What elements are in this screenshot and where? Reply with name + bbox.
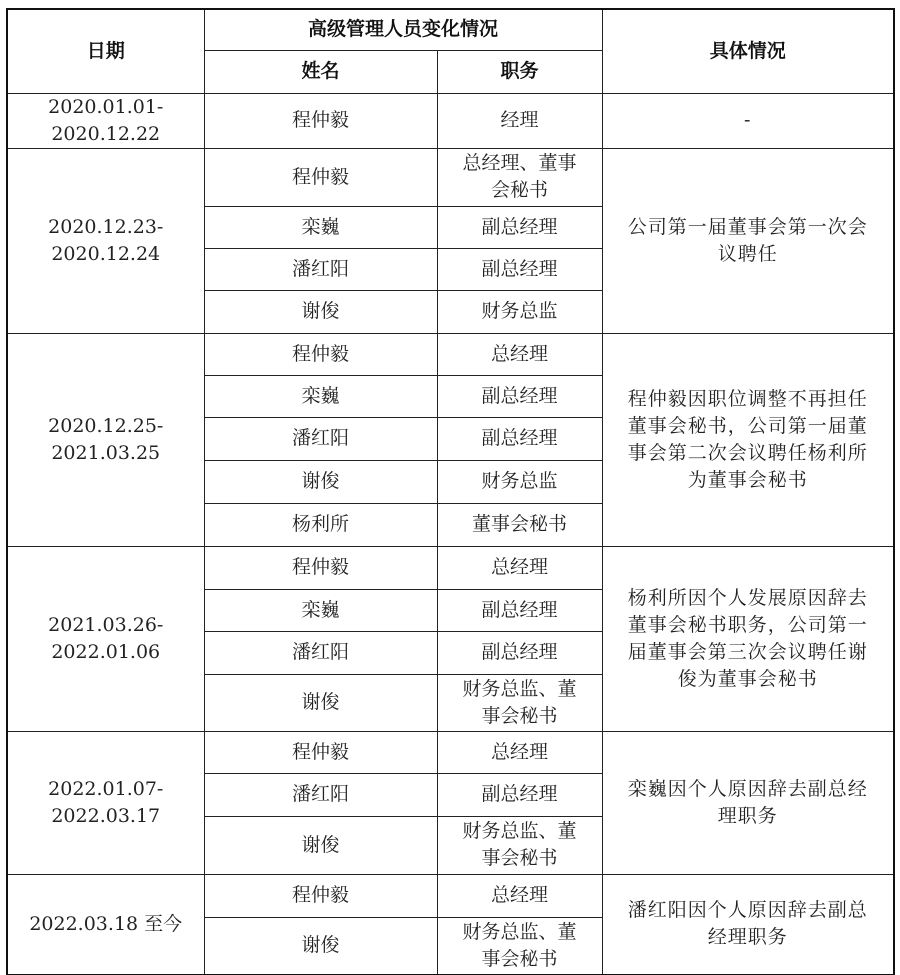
person-name: 栾巍 [204,375,437,417]
period-date: 2020.12.25- 2021.03.25 [7,333,204,546]
period-detail: 杨利所因个人发展原因辞去董事会秘书职务，公司第一届董事会第三次会议聘任谢俊为董事… [602,546,894,731]
person-name: 潘红阳 [204,417,437,460]
person-position: 财务总监、董事会秘书 [437,674,602,731]
person-name: 谢俊 [204,674,437,731]
person-name: 谢俊 [204,917,437,975]
person-name: 杨利所 [204,503,437,546]
person-position: 财务总监 [437,290,602,333]
person-name: 程仲毅 [204,333,437,375]
person-name: 程仲毅 [204,93,437,148]
person-name: 程仲毅 [204,546,437,589]
person-position: 总经理 [437,874,602,917]
period-date: 2020.12.23- 2020.12.24 [7,148,204,333]
person-position: 总经理 [437,546,602,589]
period-detail: - [602,93,894,148]
person-name: 程仲毅 [204,731,437,773]
person-position: 董事会秘书 [437,503,602,546]
person-position: 财务总监 [437,460,602,503]
person-position: 总经理 [437,731,602,773]
period-date: 2022.03.18 至今 [7,874,204,975]
person-position: 副总经理 [437,589,602,631]
period-detail: 公司第一届董事会第一次会议聘任 [602,148,894,333]
person-position: 副总经理 [437,248,602,290]
person-position: 总经理 [437,333,602,375]
person-position: 经理 [437,93,602,148]
header-detail: 具体情况 [602,9,894,93]
table-row: 2020.12.23- 2020.12.24程仲毅总经理、董事会秘书公司第一届董… [7,148,894,206]
person-name: 栾巍 [204,206,437,248]
person-name: 栾巍 [204,589,437,631]
person-position: 财务总监、董事会秘书 [437,917,602,975]
person-position: 副总经理 [437,417,602,460]
table-row: 2020.12.25- 2021.03.25程仲毅总经理程仲毅因职位调整不再担任… [7,333,894,375]
person-name: 谢俊 [204,290,437,333]
table-row: 2022.01.07- 2022.03.17程仲毅总经理栾巍因个人原因辞去副总经… [7,731,894,773]
header-date: 日期 [7,9,204,93]
person-name: 谢俊 [204,816,437,874]
header-name: 姓名 [204,50,437,93]
table-row: 2020.01.01- 2020.12.22程仲毅经理- [7,93,894,148]
person-position: 副总经理 [437,375,602,417]
management-changes-table: 日期 高级管理人员变化情况 具体情况 姓名 职务 2020.01.01- 202… [6,8,895,975]
period-detail: 潘红阳因个人原因辞去副总经理职务 [602,874,894,975]
table-row: 2021.03.26- 2022.01.06程仲毅总经理杨利所因个人发展原因辞去… [7,546,894,589]
period-date: 2020.01.01- 2020.12.22 [7,93,204,148]
person-position: 总经理、董事会秘书 [437,148,602,206]
person-name: 潘红阳 [204,631,437,674]
person-position: 副总经理 [437,206,602,248]
header-group: 高级管理人员变化情况 [204,9,602,50]
person-position: 财务总监、董事会秘书 [437,816,602,874]
period-detail: 程仲毅因职位调整不再担任董事会秘书，公司第一届董事会第二次会议聘任杨利所为董事会… [602,333,894,546]
person-name: 程仲毅 [204,148,437,206]
person-name: 谢俊 [204,460,437,503]
person-position: 副总经理 [437,773,602,816]
table-row: 2022.03.18 至今程仲毅总经理潘红阳因个人原因辞去副总经理职务 [7,874,894,917]
person-name: 潘红阳 [204,248,437,290]
period-date: 2021.03.26- 2022.01.06 [7,546,204,731]
table-body: 2020.01.01- 2020.12.22程仲毅经理-2020.12.23- … [7,93,894,975]
period-date: 2022.01.07- 2022.03.17 [7,731,204,874]
person-name: 潘红阳 [204,773,437,816]
person-name: 程仲毅 [204,874,437,917]
period-detail: 栾巍因个人原因辞去副总经理职务 [602,731,894,874]
header-position: 职务 [437,50,602,93]
person-position: 副总经理 [437,631,602,674]
